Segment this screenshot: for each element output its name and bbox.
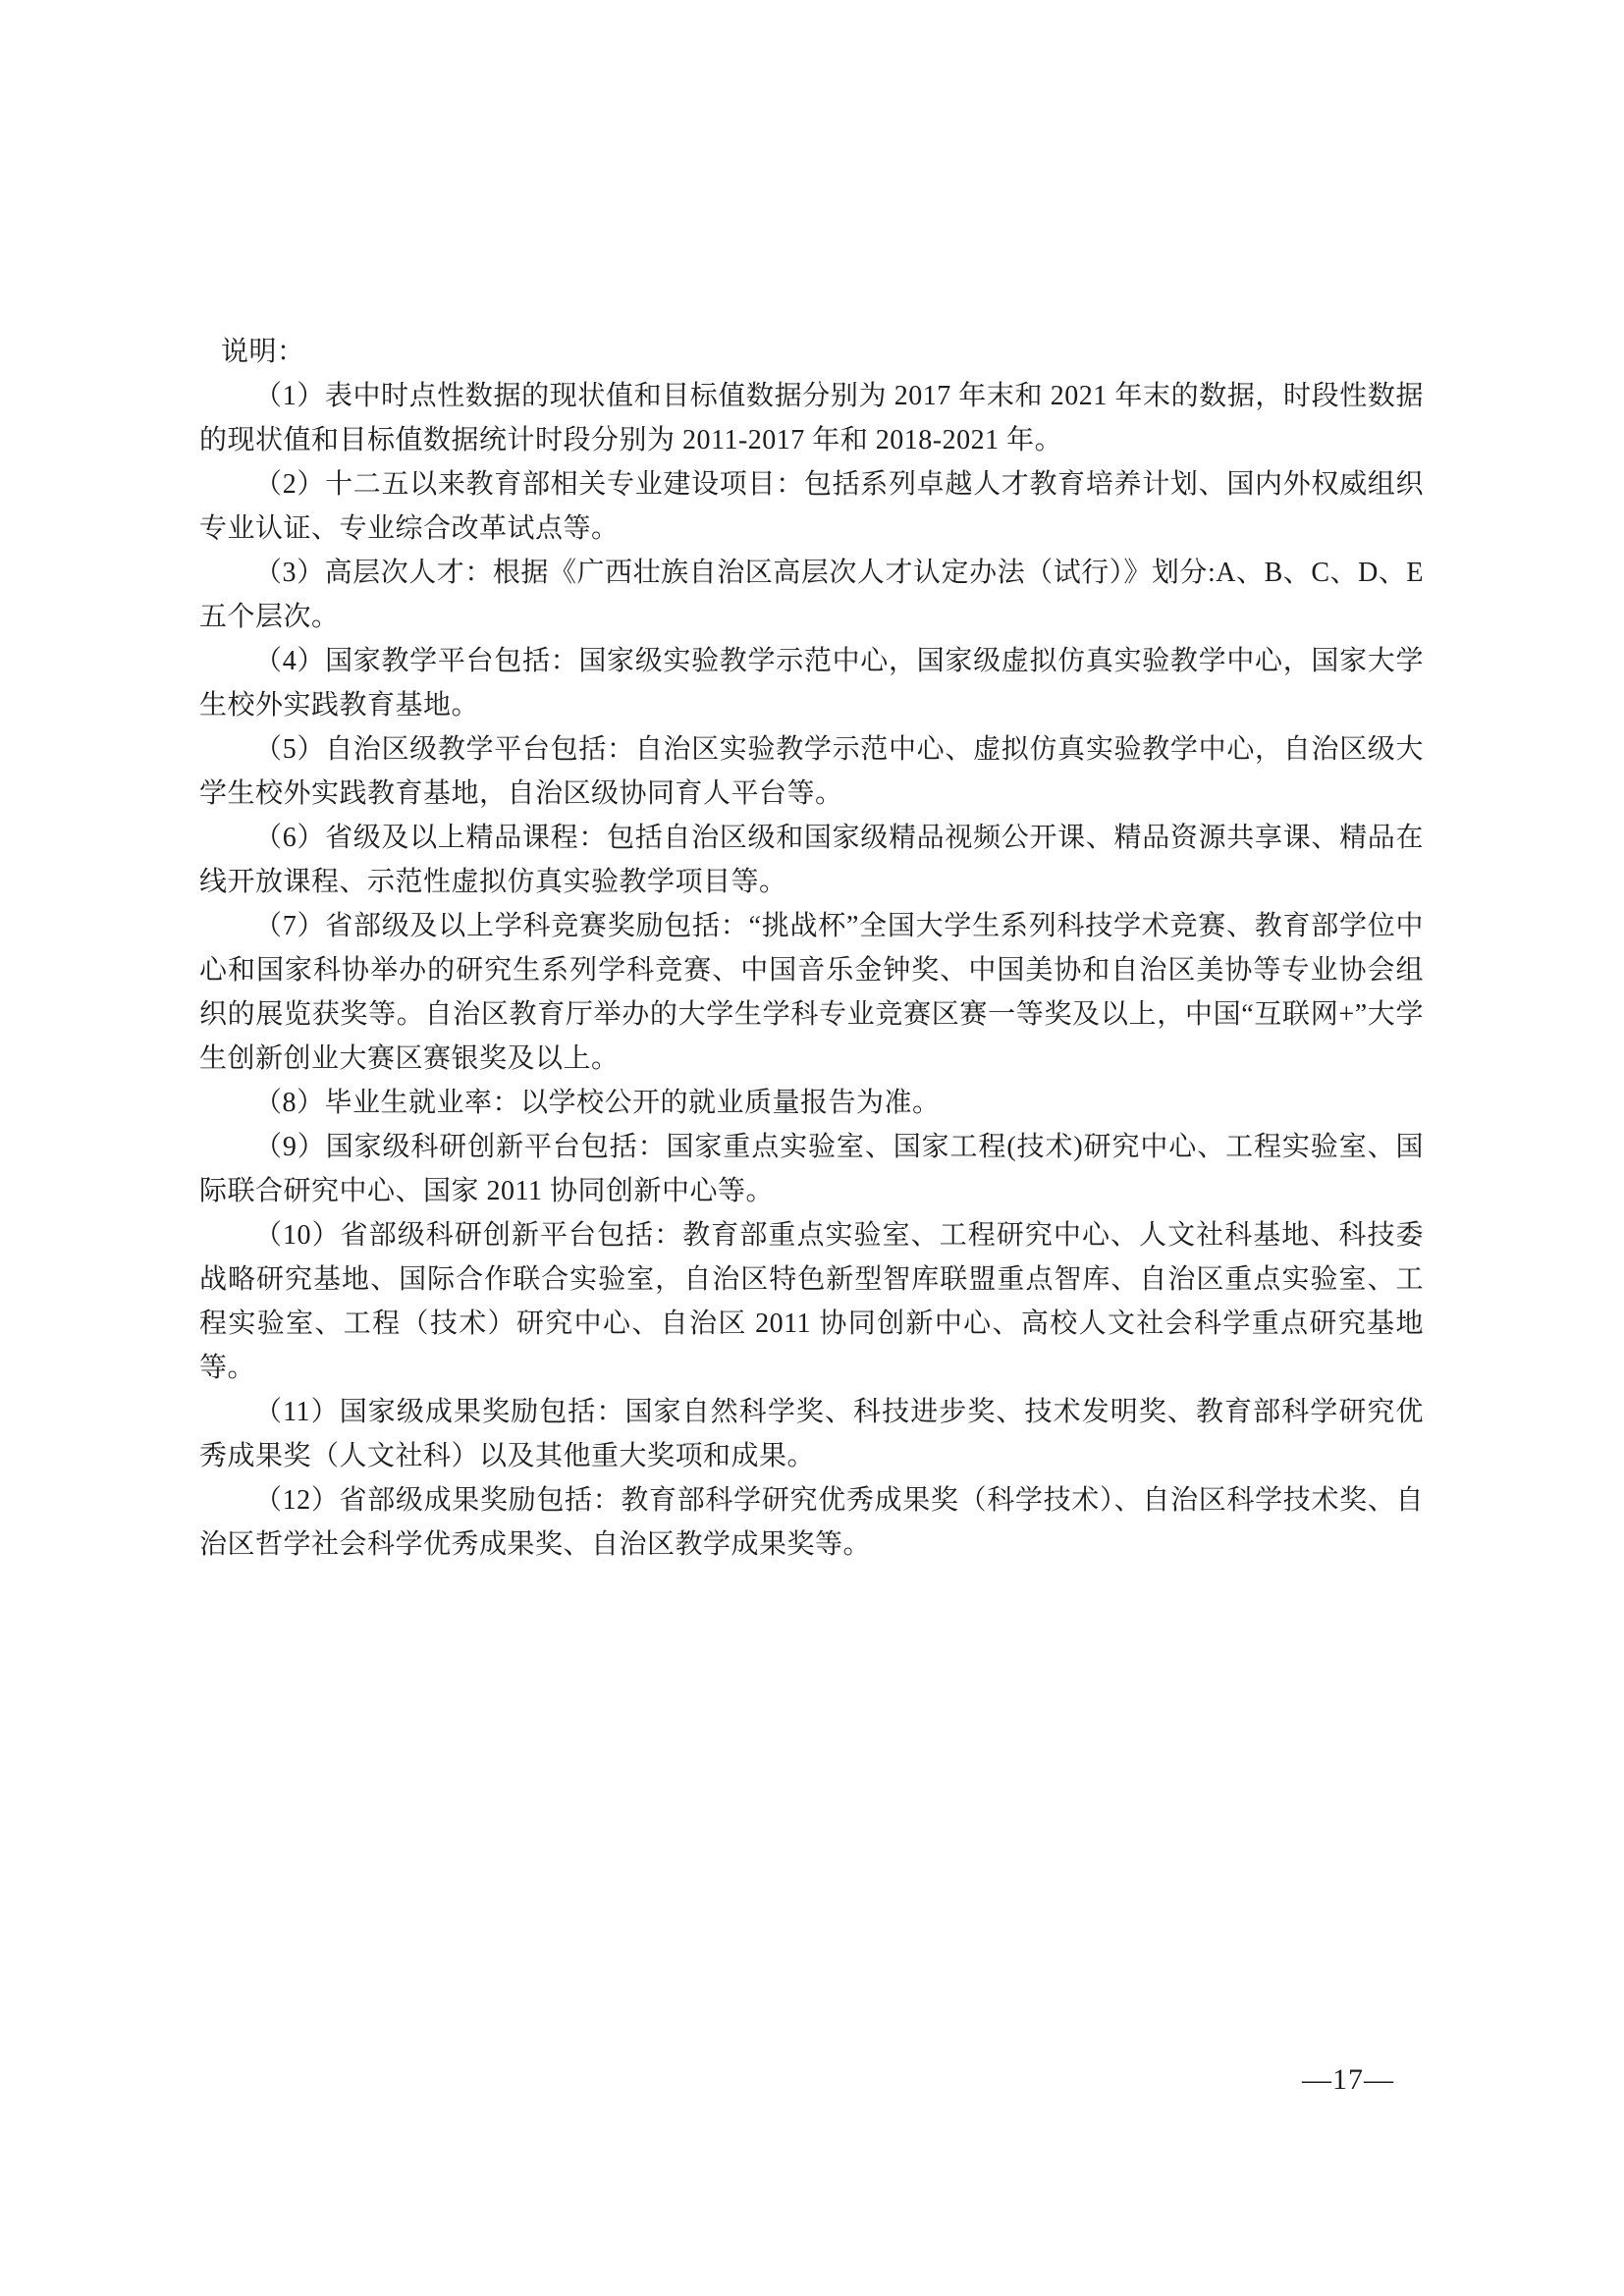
note-paragraph-5: （5）自治区级教学平台包括：自治区实验教学示范中心、虚拟仿真实验教学中心，自治区…	[199, 727, 1424, 816]
page-number: —17—	[1302, 2057, 1394, 2102]
note-paragraph-10: （10）省部级科研创新平台包括：教育部重点实验室、工程研究中心、人文社科基地、科…	[199, 1213, 1424, 1390]
note-paragraph-11: （11）国家级成果奖励包括：国家自然科学奖、科技进步奖、技术发明奖、教育部科学研…	[199, 1390, 1424, 1478]
document-page: 说明： （1）表中时点性数据的现状值和目标值数据分别为 2017 年末和 202…	[0, 0, 1624, 2296]
section-heading: 说明：	[199, 330, 1424, 374]
note-paragraph-2: （2）十二五以来教育部相关专业建设项目：包括系列卓越人才教育培养计划、国内外权威…	[199, 462, 1424, 551]
note-paragraph-4: （4）国家教学平台包括：国家级实验教学示范中心，国家级虚拟仿真实验教学中心，国家…	[199, 639, 1424, 727]
notes-section: 说明： （1）表中时点性数据的现状值和目标值数据分别为 2017 年末和 202…	[199, 330, 1424, 1567]
note-paragraph-12: （12）省部级成果奖励包括：教育部科学研究优秀成果奖（科学技术）、自治区科学技术…	[199, 1478, 1424, 1567]
note-paragraph-7: （7）省部级及以上学科竞赛奖励包括：“挑战杯”全国大学生系列科技学术竞赛、教育部…	[199, 904, 1424, 1081]
note-paragraph-9: （9）国家级科研创新平台包括：国家重点实验室、国家工程(技术)研究中心、工程实验…	[199, 1125, 1424, 1213]
note-paragraph-8: （8）毕业生就业率：以学校公开的就业质量报告为准。	[199, 1081, 1424, 1125]
note-paragraph-1: （1）表中时点性数据的现状值和目标值数据分别为 2017 年末和 2021 年末…	[199, 374, 1424, 462]
note-paragraph-3: （3）高层次人才：根据《广西壮族自治区高层次人才认定办法（试行）》划分:A、B、…	[199, 551, 1424, 639]
note-paragraph-6: （6）省级及以上精品课程：包括自治区级和国家级精品视频公开课、精品资源共享课、精…	[199, 816, 1424, 904]
